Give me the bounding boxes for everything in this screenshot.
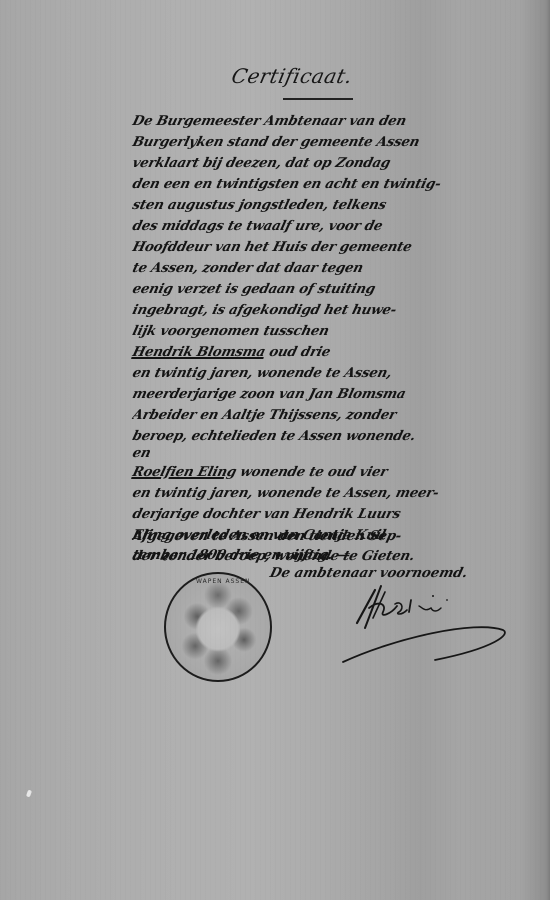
bride-line: Roelfien Eling wonende te oud vier (130, 463, 550, 483)
connector-en: en (130, 444, 550, 464)
bride-line-3: derjarige dochter van Hendrik Luurs (130, 505, 550, 525)
body-line-9: eenig verzet is gedaan of stuiting (130, 280, 550, 300)
bride-age: wonende te oud vier (239, 465, 389, 480)
groom-line: Hendrik Blomsma oud drie (130, 343, 550, 363)
body-line-5: sten augustus jongstleden, telkens (130, 196, 550, 216)
body-line-7: Hoofddeur van het Huis der gemeente (130, 238, 550, 258)
official-seal-stamp (164, 572, 272, 682)
scanned-page: Certificaat. De Burgemeester Ambtenaar v… (0, 0, 550, 900)
dating-line-2: tember 1800 drie en vijftig. — (130, 546, 550, 566)
scan-speck (26, 790, 32, 798)
title-underline (283, 98, 353, 100)
body-line-8: te Assen, zonder dat daar tegen (130, 259, 550, 279)
body-line-1: De Burgemeester Ambtenaar van den (130, 112, 550, 132)
dating-line-1: Afgegeven te Assen den tienden Sep- (130, 527, 550, 547)
groom-line-4: Arbeider en Aaltje Thijssens, zonder (130, 406, 550, 426)
body-line-10: ingebragt, is afgekondigd het huwe- (130, 301, 550, 321)
body-line-6: des middags te twaalf ure, voor de (130, 217, 550, 237)
bride-name: Roelfien Eling (131, 465, 238, 480)
groom-name: Hendrik Blomsma (131, 345, 267, 360)
body-line-11: lijk voorgenomen tusschen (130, 322, 550, 342)
groom-line-3: meerderjarige zoon van Jan Blomsma (130, 385, 550, 405)
closing-formula: De ambtenaar voornoemd. (268, 566, 469, 581)
signature-icon (335, 578, 515, 668)
groom-age: oud drie (267, 345, 331, 360)
seal-text: WAPEN ASSEN (196, 578, 251, 585)
bride-line-2: en twintig jaren, wonende te Assen, meer… (130, 484, 550, 504)
body-line-4: den een en twintigsten en acht en twinti… (130, 175, 550, 195)
body-line-3: verklaart bij deezen, dat op Zondag (130, 154, 550, 174)
body-line-2: Burgerlyken stand der gemeente Assen (130, 133, 550, 153)
document-title: Certificaat. (229, 64, 354, 88)
groom-line-2: en twintig jaren, wonende te Assen, (130, 364, 550, 384)
